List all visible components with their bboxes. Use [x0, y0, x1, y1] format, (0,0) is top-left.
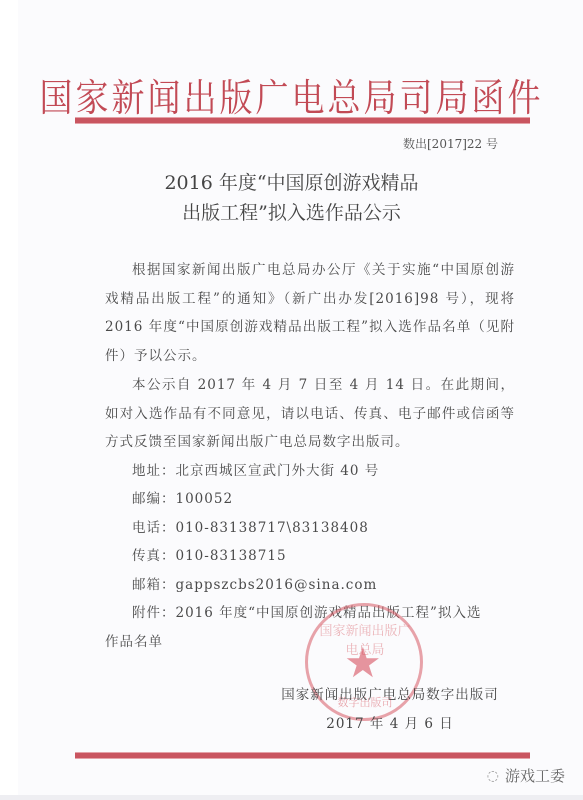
paragraph-2: 本公示自 2017 年 4 月 7 日至 4 月 14 日。在此期间，如对入选作… [105, 371, 515, 457]
wechat-icon: ◌ [487, 768, 499, 784]
paragraph-1: 根据国家新闻出版广电总局办公厅《关于实施“中国原创游戏精品出版工程”的通知》（新… [105, 256, 515, 370]
watermark-label: 游戏工委 [505, 765, 565, 786]
fax-line: 传真：010-83138715 [105, 542, 515, 571]
phone-line: 电话：010-83138717\83138408 [105, 514, 515, 543]
address-line: 地址：北京西城区宣武门外大街 40 号 [105, 457, 515, 486]
document-body: 根据国家新闻出版广电总局办公厅《关于实施“中国原创游戏精品出版工程”的通知》（新… [105, 256, 515, 656]
document-title: 2016 年度“中国原创游戏精品 出版工程”拟入选作品公示 [0, 168, 583, 228]
official-seal: 国家新闻出版广电总局 ★ 数字出版司 [305, 603, 423, 721]
header-red-rule [75, 117, 530, 124]
seal-star-icon: ★ [344, 642, 382, 684]
postcode-line: 邮编：100052 [105, 485, 515, 514]
bottom-edge [0, 795, 583, 800]
document-title-line-2: 出版工程”拟入选作品公示 [0, 198, 583, 228]
email-line: 邮箱：gappszcbs2016@sina.com [105, 571, 515, 600]
letterhead-title: 国家新闻出版广电总局司局函件 [0, 68, 583, 122]
document-number: 数出[2017]22 号 [403, 135, 498, 152]
attachment-line-1: 附件：2016 年度“中国原创游戏精品出版工程”拟入选 [105, 599, 515, 628]
document-title-line-1: 2016 年度“中国原创游戏精品 [0, 168, 583, 198]
signature-org: 国家新闻出版广电总局数字出版司 [250, 683, 530, 703]
footer-red-rule [75, 752, 530, 759]
watermark: ◌ 游戏工委 [487, 765, 565, 786]
signature-date: 2017 年 4 月 6 日 [250, 712, 530, 732]
